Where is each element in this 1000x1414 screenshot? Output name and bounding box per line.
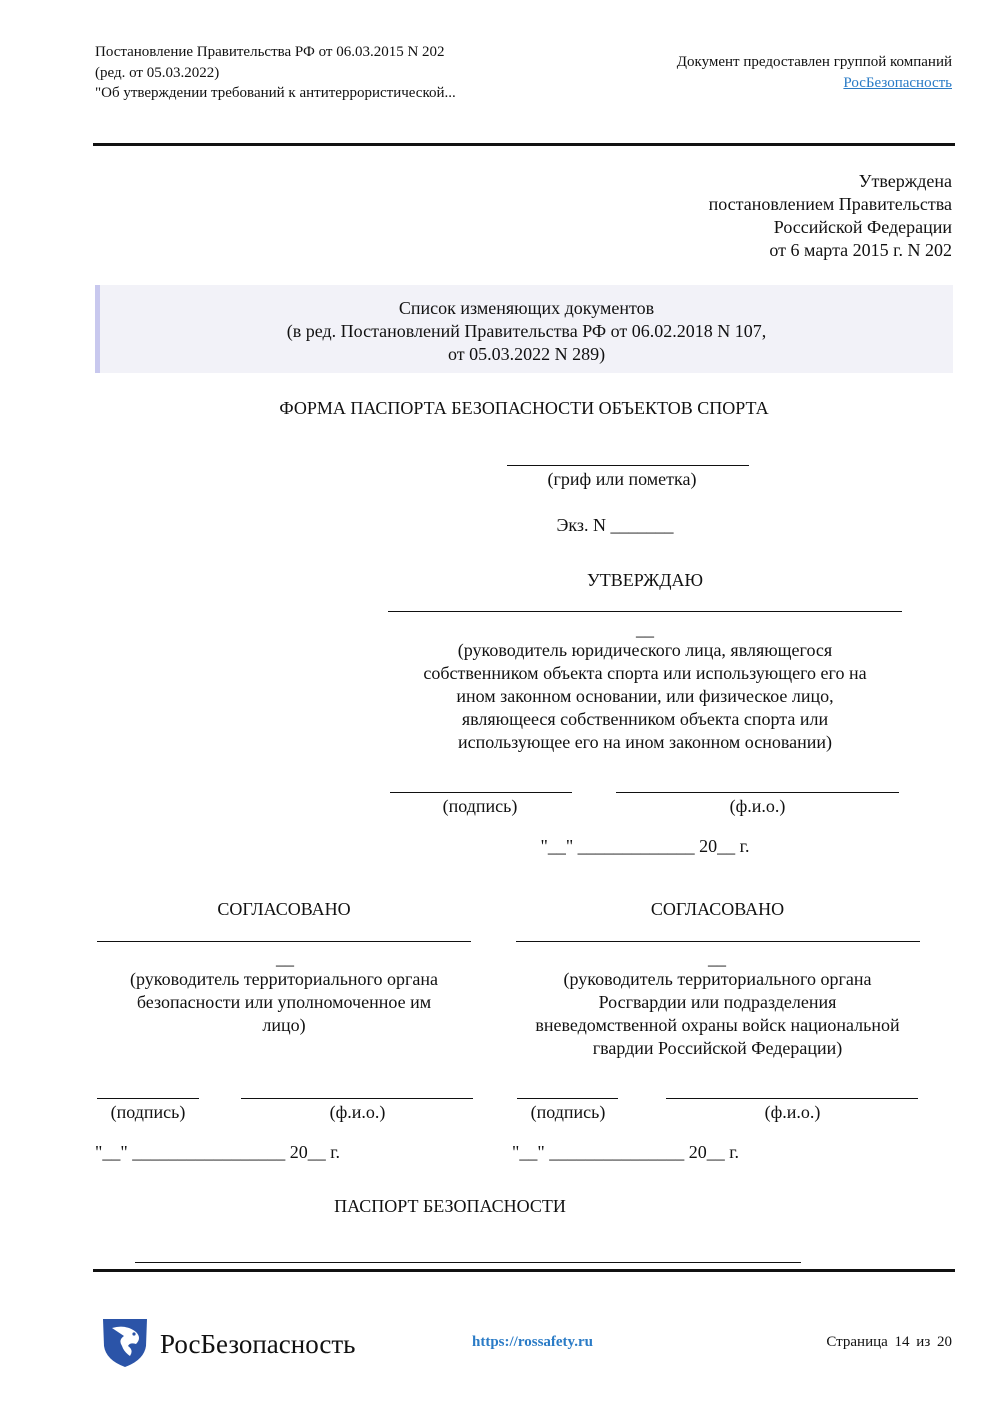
agreed-right-description: (руководитель территориального органа Ро… bbox=[505, 968, 930, 1060]
agreed-left-name-label: (ф.и.о.) bbox=[290, 1101, 425, 1124]
page-number: Страница 14 из 20 bbox=[826, 1334, 952, 1351]
agreed-left-date-line: "__" _________________ 20__ г. bbox=[95, 1141, 385, 1164]
provided-by-text: Документ предоставлен группой компаний bbox=[677, 52, 952, 73]
logo-text: РосБезопасность bbox=[160, 1329, 355, 1360]
stamp-label: (гриф или пометка) bbox=[507, 468, 737, 491]
website-link[interactable]: https://rossafety.ru bbox=[472, 1334, 593, 1350]
approve-signature-line bbox=[390, 792, 572, 793]
approved-block: Утверждена постановлением Правительства … bbox=[709, 170, 952, 262]
approve-dash: __ bbox=[620, 618, 670, 641]
description-line: Росгвардии или подразделения bbox=[505, 991, 930, 1014]
agreed-right-dash: __ bbox=[692, 947, 742, 970]
agreed-left-heading: СОГЛАСОВАНО bbox=[95, 898, 473, 921]
form-title: ФОРМА ПАСПОРТА БЕЗОПАСНОСТИ ОБЪЕКТОВ СПО… bbox=[0, 397, 1000, 420]
approve-date-line: "__" _____________ 20__ г. bbox=[500, 835, 790, 858]
agreed-right-name-label: (ф.и.о.) bbox=[725, 1101, 860, 1124]
approved-line: Утверждена bbox=[709, 170, 952, 193]
shield-eagle-icon bbox=[100, 1316, 150, 1373]
description-line: ином законном основании, или физическое … bbox=[380, 685, 910, 708]
agreed-right-date-line: "__" _______________ 20__ г. bbox=[512, 1141, 802, 1164]
agreed-right-signature-label: (подпись) bbox=[515, 1101, 621, 1124]
agreed-left-description: (руководитель территориального органа бе… bbox=[95, 968, 473, 1037]
agreed-right-name-line bbox=[666, 1098, 918, 1099]
agreed-right-blank-line bbox=[516, 941, 920, 942]
agreed-left-name-line bbox=[241, 1098, 473, 1099]
approved-line: от 6 марта 2015 г. N 202 bbox=[709, 239, 952, 262]
agreed-left-dash: __ bbox=[260, 947, 310, 970]
header-doc-line: (ред. от 05.03.2022) bbox=[95, 63, 456, 84]
description-line: являющееся собственником объекта спорта … bbox=[380, 708, 910, 731]
agreed-left-signature-line bbox=[97, 1098, 199, 1099]
approve-signature-label: (подпись) bbox=[400, 795, 560, 818]
amendments-banner: Список изменяющих документов (в ред. Пос… bbox=[95, 285, 953, 373]
agreed-right-heading: СОГЛАСОВАНО bbox=[515, 898, 920, 921]
company-logo: РосБезопасность bbox=[100, 1316, 355, 1373]
description-line: гвардии Российской Федерации) bbox=[505, 1037, 930, 1060]
description-line: (руководитель территориального органа bbox=[95, 968, 473, 991]
description-line: (руководитель территориального органа bbox=[505, 968, 930, 991]
approve-heading: УТВЕРЖДАЮ bbox=[545, 569, 745, 592]
approve-name-label: (ф.и.о.) bbox=[680, 795, 835, 818]
passport-title: ПАСПОРТ БЕЗОПАСНОСТИ bbox=[300, 1195, 600, 1218]
description-line: лицо) bbox=[95, 1014, 473, 1037]
approve-name-line bbox=[616, 792, 899, 793]
document-header-info: Постановление Правительства РФ от 06.03.… bbox=[95, 42, 456, 104]
description-line: использующее его на ином законном основа… bbox=[380, 731, 910, 754]
header-divider bbox=[93, 143, 955, 146]
amendments-title: Список изменяющих документов bbox=[100, 297, 953, 320]
approve-description: (руководитель юридического лица, являюще… bbox=[380, 639, 910, 754]
amendments-line: (в ред. Постановлений Правительства РФ о… bbox=[100, 320, 953, 343]
header-doc-line: "Об утверждении требований к антитеррори… bbox=[95, 83, 456, 104]
amendments-line: от 05.03.2022 N 289) bbox=[100, 343, 953, 366]
approve-blank-line bbox=[388, 611, 902, 612]
approved-line: Российской Федерации bbox=[709, 216, 952, 239]
passport-blank-line bbox=[135, 1262, 801, 1263]
header-doc-line: Постановление Правительства РФ от 06.03.… bbox=[95, 42, 456, 63]
description-line: (руководитель юридического лица, являюще… bbox=[380, 639, 910, 662]
agreed-right-signature-line bbox=[517, 1098, 618, 1099]
agreed-left-signature-label: (подпись) bbox=[95, 1101, 201, 1124]
copy-number: Экз. N _______ bbox=[530, 514, 700, 537]
description-line: безопасности или уполномоченное им bbox=[95, 991, 473, 1014]
approved-line: постановлением Правительства bbox=[709, 193, 952, 216]
footer-divider bbox=[93, 1269, 955, 1272]
stamp-blank-line bbox=[507, 465, 749, 466]
agreed-left-blank-line bbox=[97, 941, 471, 942]
website-link-wrap: https://rossafety.ru bbox=[472, 1334, 593, 1351]
provider-info: Документ предоставлен группой компаний Р… bbox=[677, 52, 952, 93]
description-line: вневедомственной охраны войск национальн… bbox=[505, 1014, 930, 1037]
description-line: собственником объекта спорта или использ… bbox=[380, 662, 910, 685]
provider-link[interactable]: РосБезопасность bbox=[843, 75, 952, 91]
